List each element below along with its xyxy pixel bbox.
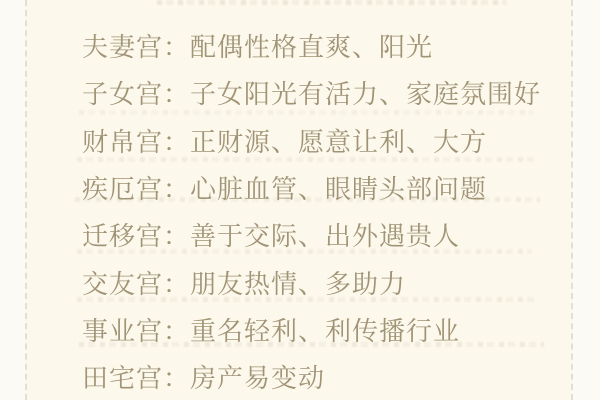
cropped-text-remnant xyxy=(157,0,507,5)
colon-separator: ： xyxy=(163,358,190,395)
palace-description: 重名轻利、利传播行业 xyxy=(190,311,460,348)
content-panel: 夫妻宫：配偶性格直爽、阳光 子女宫：子女阳光有活力、家庭氛围好 财帛宫：正财源、… xyxy=(25,0,573,400)
palace-name: 夫妻宫 xyxy=(82,27,163,64)
palace-name: 子女宫 xyxy=(82,74,163,111)
list-item-friends-palace: 交友宫：朋友热情、多助力 xyxy=(82,258,541,305)
list-item-travel-palace: 迁移宫：善于交际、出外遇贵人 xyxy=(82,211,541,258)
list-item-career-palace: 事业宫：重名轻利、利传播行业 xyxy=(82,306,541,353)
palace-name: 田宅宫 xyxy=(82,358,163,395)
list-item-health-palace: 疾厄宫：心脏血管、眼睛头部问题 xyxy=(82,164,541,211)
colon-separator: ： xyxy=(163,264,190,301)
palace-description: 子女阳光有活力、家庭氛围好 xyxy=(190,74,541,111)
colon-separator: ： xyxy=(163,27,190,64)
colon-separator: ： xyxy=(163,74,190,111)
palace-name: 交友宫 xyxy=(82,264,163,301)
page-canvas: 夫妻宫：配偶性格直爽、阳光 子女宫：子女阳光有活力、家庭氛围好 财帛宫：正财源、… xyxy=(0,0,600,400)
palace-description: 正财源、愿意让利、大方 xyxy=(190,122,487,159)
colon-separator: ： xyxy=(163,169,190,206)
palace-description: 配偶性格直爽、阳光 xyxy=(190,27,433,64)
palace-name: 财帛宫 xyxy=(82,122,163,159)
palace-name: 疾厄宫 xyxy=(82,169,163,206)
list-item-spouse-palace: 夫妻宫：配偶性格直爽、阳光 xyxy=(82,22,541,69)
palace-description: 善于交际、出外遇贵人 xyxy=(190,216,460,253)
palace-description: 房产易变动 xyxy=(190,358,325,395)
colon-separator: ： xyxy=(163,122,190,159)
list-item-wealth-palace: 财帛宫：正财源、愿意让利、大方 xyxy=(82,117,541,164)
palace-list: 夫妻宫：配偶性格直爽、阳光 子女宫：子女阳光有活力、家庭氛围好 财帛宫：正财源、… xyxy=(82,22,541,400)
palace-name: 事业宫 xyxy=(82,311,163,348)
palace-name: 迁移宫 xyxy=(82,216,163,253)
colon-separator: ： xyxy=(163,311,190,348)
list-item-property-palace: 田宅宫：房产易变动 xyxy=(82,353,541,400)
palace-description: 朋友热情、多助力 xyxy=(190,264,406,301)
colon-separator: ： xyxy=(163,216,190,253)
palace-description: 心脏血管、眼睛头部问题 xyxy=(190,169,487,206)
list-item-children-palace: 子女宫：子女阳光有活力、家庭氛围好 xyxy=(82,69,541,116)
